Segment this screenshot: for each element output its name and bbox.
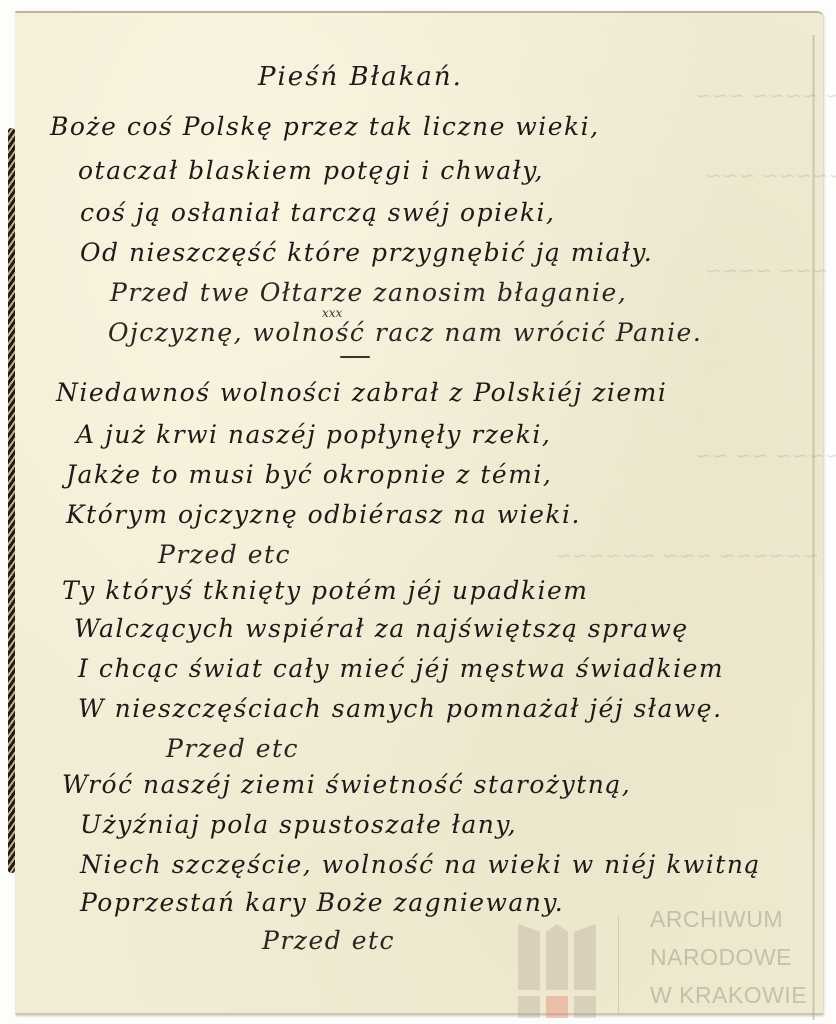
- bleed-through-text: ~~~~~~ ~~~ ~~~~~~: [555, 543, 819, 567]
- poem-line: W nieszczęściach samych pomnażał jéj sła…: [78, 694, 723, 724]
- poem-line: A już krwi naszéj popłynęły rzeki,: [76, 420, 551, 450]
- poem-line: otaczał blaskiem potęgi i chwały,: [78, 156, 544, 186]
- poem-line: Niedawnoś wolności zabrał z Polskiéj zie…: [56, 378, 667, 408]
- bleed-through-text: ~~~ ~~~~ ~~~: [695, 83, 836, 107]
- watermark-separator: [618, 916, 619, 1014]
- refrain-line: Przed twe Ołtarze zanosim błaganie,: [110, 278, 627, 308]
- watermark-line: ARCHIWUM: [650, 906, 783, 933]
- refrain-line: Ojczyznę, wolność racz nam wrócić Panie.: [108, 318, 702, 348]
- watermark-line: NARODOWE: [650, 944, 792, 971]
- poem-line: Użyźniaj pola spustoszałe łany,: [80, 810, 517, 840]
- poem-line: Ty któryś tknięty potém jéj upadkiem: [62, 576, 589, 606]
- poem-line: Od nieszczęść które przygnębić ją miały.: [80, 238, 653, 268]
- bleed-through-text: ~~~ ~~~~: [705, 258, 829, 282]
- archive-watermark: ARCHIWUM NARODOWE W KRAKOWIE: [518, 904, 818, 1014]
- bleed-through-text: ~~~~ ~~ ~~: [695, 443, 836, 467]
- bleed-through-text: ~~~~~ ~~~: [705, 163, 836, 187]
- binding-cord: [8, 128, 15, 873]
- poem-line: Wróć naszéj ziemi świetność starożytną,: [62, 770, 631, 800]
- poem-line: Którym ojczyznę odbiérasz na wieki.: [66, 500, 581, 530]
- refrain-short: Przed etc: [158, 540, 291, 570]
- poem-line: I chcąc świat cały mieć jéj męstwa świad…: [78, 654, 724, 684]
- poem-line: Niech szczęście, wolność na wieki w niéj…: [80, 850, 761, 880]
- archive-logo-icon: [518, 920, 596, 1014]
- poem-line: Poprzestań kary Boże zagniewany.: [80, 888, 564, 918]
- poem-line: Boże coś Polskę przez tak liczne wieki,: [50, 112, 600, 142]
- refrain-short: Przed etc: [166, 734, 299, 764]
- refrain-short: Przed etc: [262, 926, 395, 956]
- poem-line: coś ją osłaniał tarczą swéj opieki,: [80, 198, 555, 228]
- stanza-divider: [340, 356, 370, 358]
- document-viewer: ~~~ ~~~~ ~~~ ~~~~~ ~~~ ~~~ ~~~~ ~~~~ ~~ …: [0, 0, 836, 1024]
- watermark-line: W KRAKOWIE: [650, 982, 807, 1009]
- poem-title: Pieśń Błakań.: [258, 62, 463, 92]
- poem-line: Jakże to musi być okropnie z témi,: [66, 460, 552, 490]
- poem-line: Walczących wspiérał za najświętszą spraw…: [74, 614, 689, 644]
